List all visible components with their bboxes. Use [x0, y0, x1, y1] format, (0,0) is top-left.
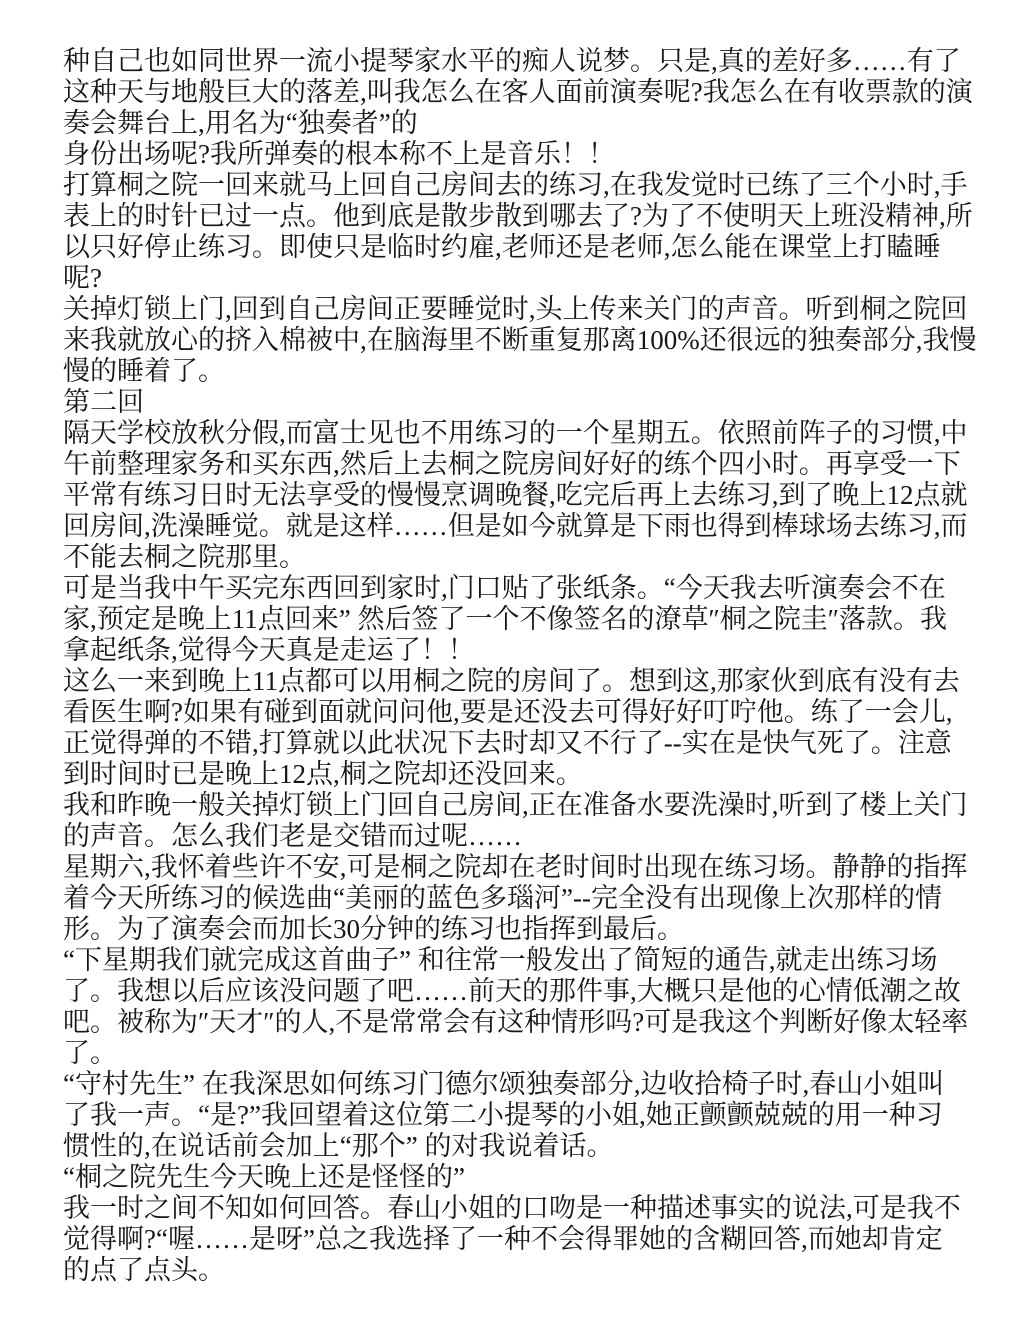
text-line: 午前整理家务和买东西,然后上去桐之院房间好好的练个四小时。再享受一下 — [63, 449, 981, 480]
text-line: 不能去桐之院那里。 — [63, 542, 981, 573]
text-line: 表上的时针已过一点。他到底是散步散到哪去了?为了不使明天上班没精神,所 — [63, 201, 981, 232]
text-line: 平常有练习日时无法享受的慢慢烹调晚餐,吃完后再上去练习,到了晚上12点就 — [63, 480, 981, 511]
text-line: 星期六,我怀着些许不安,可是桐之院却在老时间时出现在练习场。静静的指挥 — [63, 852, 981, 883]
text-line: 看医生啊?如果有碰到面就问问他,要是还没去可得好好叮咛他。练了一会儿, — [63, 697, 981, 728]
text-line: 慢的睡着了。 — [63, 356, 981, 387]
text-line: 第二回 — [63, 387, 981, 418]
text-line: 来我就放心的挤入棉被中,在脑海里不断重复那离100%还很远的独奏部分,我慢 — [63, 325, 981, 356]
text-line: 吧。被称为″天才″的人,不是常常会有这种情形吗?可是我这个判断好像太轻率 — [63, 1007, 981, 1038]
text-line: “桐之院先生今天晚上还是怪怪的” — [63, 1162, 981, 1193]
text-line: 我和昨晚一般关掉灯锁上门回自己房间,正在准备水要洗澡时,听到了楼上关门 — [63, 790, 981, 821]
text-line: 关掉灯锁上门,回到自己房间正要睡觉时,头上传来关门的声音。听到桐之院回 — [63, 294, 981, 325]
text-line: “下星期我们就完成这首曲子” 和往常一般发出了简短的通告,就走出练习场 — [63, 945, 981, 976]
text-line: 种自己也如同世界一流小提琴家水平的痴人说梦。只是,真的差好多……有了 — [63, 46, 981, 77]
text-line: 奏会舞台上,用名为“独奏者”的 — [63, 108, 981, 139]
text-line: 可是当我中午买完东西回到家时,门口贴了张纸条。“今天我去听演奏会不在 — [63, 573, 981, 604]
text-line: 惯性的,在说话前会加上“那个” 的对我说着话。 — [63, 1131, 981, 1162]
text-line: 这么一来到晚上11点都可以用桐之院的房间了。想到这,那家伙到底有没有去 — [63, 666, 981, 697]
text-line: “守村先生” 在我深思如何练习门德尔颂独奏部分,边收拾椅子时,春山小姐叫 — [63, 1069, 981, 1100]
document-page: 种自己也如同世界一流小提琴家水平的痴人说梦。只是,真的差好多……有了这种天与地般… — [0, 0, 1021, 1321]
text-line: 家,预定是晚上11点回来” 然后签了一个不像签名的潦草″桐之院圭″落款。我 — [63, 604, 981, 635]
text-line: 拿起纸条,觉得今天真是走运了！！ — [63, 635, 981, 666]
text-line: 着今天所练习的候选曲“美丽的蓝色多瑙河”--完全没有出现像上次那样的情 — [63, 883, 981, 914]
text-line: 觉得啊?“喔……是呀”总之我选择了一种不会得罪她的含糊回答,而她却肯定 — [63, 1224, 981, 1255]
text-line: 了我一声。“是?”我回望着这位第二小提琴的小姐,她正颤颤兢兢的用一种习 — [63, 1100, 981, 1131]
text-line: 了。我想以后应该没问题了吧……前天的那件事,大概只是他的心情低潮之故 — [63, 976, 981, 1007]
text-line: 回房间,洗澡睡觉。就是这样……但是如今就算是下雨也得到棒球场去练习,而 — [63, 511, 981, 542]
text-line: 了。 — [63, 1038, 981, 1069]
text-line: 身份出场呢?我所弹奏的根本称不上是音乐！！ — [63, 139, 981, 170]
text-line: 形。为了演奏会而加长30分钟的练习也指挥到最后。 — [63, 914, 981, 945]
text-line: 的声音。怎么我们老是交错而过呢…… — [63, 821, 981, 852]
text-line: 这种天与地般巨大的落差,叫我怎么在客人面前演奏呢?我怎么在有收票款的演 — [63, 77, 981, 108]
text-line: 我一时之间不知如何回答。春山小姐的口吻是一种描述事实的说法,可是我不 — [63, 1193, 981, 1224]
text-line: 隔天学校放秋分假,而富士见也不用练习的一个星期五。依照前阵子的习惯,中 — [63, 418, 981, 449]
text-line: 正觉得弹的不错,打算就以此状况下去时却又不行了--实在是快气死了。注意 — [63, 728, 981, 759]
text-line: 的点了点头。 — [63, 1255, 981, 1286]
text-line: 呢? — [63, 263, 981, 294]
text-line: 以只好停止练习。即使只是临时约雇,老师还是老师,怎么能在课堂上打瞌睡 — [63, 232, 981, 263]
body-text-block: 种自己也如同世界一流小提琴家水平的痴人说梦。只是,真的差好多……有了这种天与地般… — [63, 46, 981, 1286]
text-line: 打算桐之院一回来就马上回自己房间去的练习,在我发觉时已练了三个小时,手 — [63, 170, 981, 201]
text-line: 到时间时已是晚上12点,桐之院却还没回来。 — [63, 759, 981, 790]
